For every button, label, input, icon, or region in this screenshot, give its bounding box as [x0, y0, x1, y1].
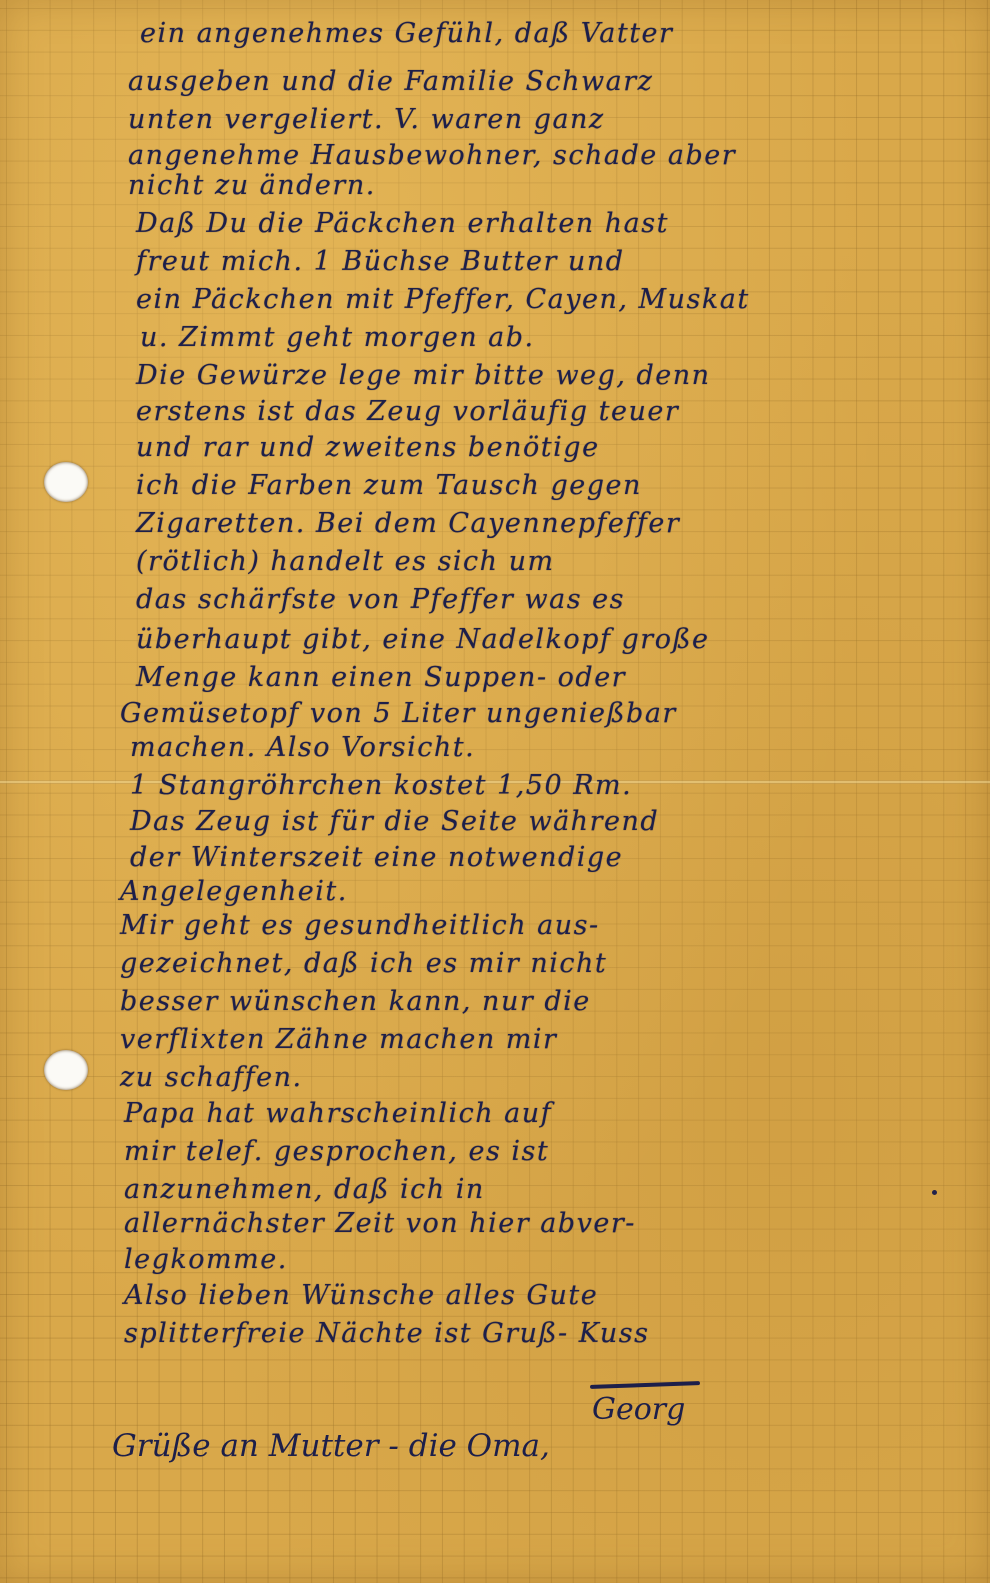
letter-line: Menge kann einen Suppen- oder	[136, 662, 626, 693]
letter-line: ausgeben und die Familie Schwarz	[128, 66, 653, 97]
letter-line: und rar und zweitens benötige	[136, 432, 600, 463]
letter-line: Die Gewürze lege mir bitte weg, denn	[136, 360, 711, 391]
letter-line: überhaupt gibt, eine Nadelkopf große	[136, 624, 710, 655]
signature: Georg	[592, 1392, 685, 1427]
punch-hole-top	[44, 462, 88, 502]
letter-line: ein Päckchen mit Pfeffer, Cayen, Muskat	[136, 284, 750, 315]
letter-line: Papa hat wahrscheinlich auf	[124, 1098, 552, 1129]
letter-line: u. Zimmt geht morgen ab.	[140, 322, 535, 353]
ink-dot	[932, 1190, 937, 1195]
letter-line: Angelegenheit.	[120, 876, 348, 907]
letter-line: Das Zeug ist für die Seite während	[130, 806, 659, 837]
letter-line: das schärfste von Pfeffer was es	[136, 584, 625, 615]
letter-line: Mir geht es gesundheitlich aus-	[120, 910, 600, 941]
punch-hole-bottom	[44, 1050, 88, 1090]
letter-line: gezeichnet, daß ich es mir nicht	[120, 948, 607, 979]
letter-line: anzunehmen, daß ich in	[124, 1174, 485, 1205]
letter-line: ich die Farben zum Tausch gegen	[136, 470, 642, 501]
letter-line: freut mich. 1 Büchse Butter und	[136, 246, 625, 277]
letter-page: ein angenehmes Gefühl, daß Vatter ausgeb…	[0, 0, 990, 1583]
letter-line: ein angenehmes Gefühl, daß Vatter	[140, 18, 673, 49]
letter-line: legkomme.	[124, 1244, 288, 1275]
letter-line: der Winterszeit eine notwendige	[130, 842, 623, 873]
signature-underline	[590, 1381, 700, 1389]
letter-line: unten vergeliert. V. waren ganz	[128, 104, 605, 135]
letter-line: Also lieben Wünsche alles Gute	[124, 1280, 598, 1311]
letter-line: zu schaffen.	[120, 1062, 303, 1093]
letter-line: Gemüsetopf von 5 Liter ungenießbar	[120, 698, 677, 729]
letter-line: besser wünschen kann, nur die	[120, 986, 591, 1017]
letter-line: nicht zu ändern.	[128, 170, 376, 201]
letter-line: mir telef. gesprochen, es ist	[124, 1136, 549, 1167]
letter-line: 1 Stangröhrchen kostet 1,50 Rm.	[130, 770, 632, 801]
letter-line: splitterfreie Nächte ist Gruß- Kuss	[124, 1318, 649, 1349]
letter-line: angenehme Hausbewohner, schade aber	[128, 140, 736, 171]
letter-line: Zigaretten. Bei dem Cayennepfeffer	[136, 508, 680, 539]
letter-line: erstens ist das Zeug vorläufig teuer	[136, 396, 679, 427]
letter-line: (rötlich) handelt es sich um	[136, 546, 555, 577]
letter-line: allernächster Zeit von hier abver-	[124, 1208, 636, 1239]
letter-line: verflixten Zähne machen mir	[120, 1024, 557, 1055]
letter-line: machen. Also Vorsicht.	[130, 732, 475, 763]
postscript-line: Grüße an Mutter - die Oma,	[112, 1428, 550, 1464]
letter-line: Daß Du die Päckchen erhalten hast	[136, 208, 669, 239]
